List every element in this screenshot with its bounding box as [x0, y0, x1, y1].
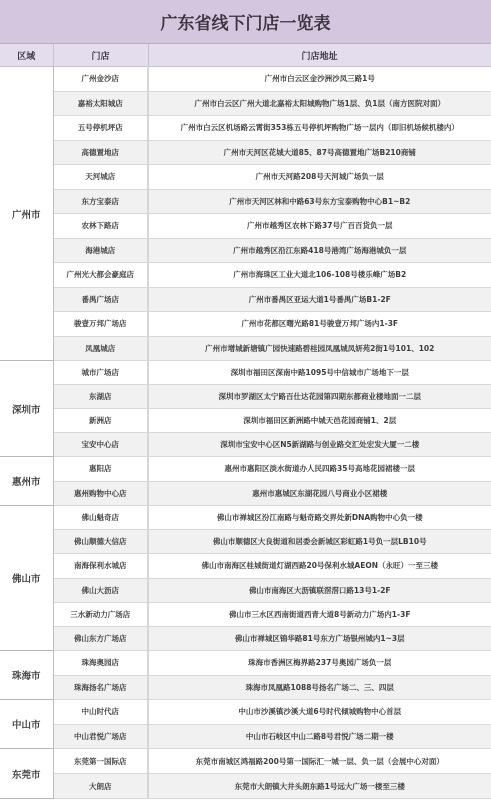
store-name-cell: 佛山魁奇店: [53, 506, 148, 530]
store-name-cell: 新洲店: [53, 409, 148, 433]
store-address-cell: 佛山市禅城区锦华路81号东方广场银州城内1~3层: [148, 626, 491, 650]
region-cell: 珠海市: [0, 651, 53, 700]
store-address-cell: 珠海市凤凰路1088号扬名广场二、三、四层: [148, 675, 491, 700]
header-store: 门店: [53, 44, 148, 67]
store-name-cell: 凤凰城店: [53, 336, 148, 361]
table-row: 海港城店广州市越秀区沿江东路418号港湾广场海港城负一层: [0, 238, 491, 263]
store-name-cell: 天河城店: [53, 165, 148, 190]
store-name-cell: 南海保利水城店: [53, 554, 148, 578]
store-name-cell: 东莞第一国际店: [53, 749, 148, 774]
store-name-cell: 佛山大沥店: [53, 578, 148, 602]
store-name-cell: 高德置地店: [53, 140, 148, 165]
store-name-cell: 五号停机坪店: [53, 116, 148, 141]
store-address-cell: 深圳市福田区新洲路中城天邑花园商铺1、2层: [148, 409, 491, 433]
store-address-cell: 佛山市三水区西南街道西青大道8号新动力广场内1-3F: [148, 602, 491, 626]
table-row: 天河城店广州市天河路208号天河城广场负一层: [0, 165, 491, 190]
store-address-cell: 东莞市南城区鸿福路200号第一国际汇一城一层、负一层（会展中心对面）: [148, 749, 491, 774]
store-address-cell: 珠海市香洲区梅界路237号奥园广场负一层: [148, 651, 491, 676]
store-name-cell: 城市广场店: [53, 361, 148, 385]
header-region: 区域: [0, 44, 53, 67]
store-name-cell: 广州光大都会豪庭店: [53, 263, 148, 288]
store-name-cell: 佛山顺德大信店: [53, 530, 148, 554]
table-row: 大朗店东莞市大朗镇大井头朗东路1号远大广场一楼至三楼: [0, 774, 491, 799]
region-cell: 惠州市: [0, 457, 53, 506]
store-name-cell: 海港城店: [53, 238, 148, 263]
store-address-cell: 广州市白云区机场路云霄街353栋五号停机坪购物广场一层内（即旧机场候机楼内）: [148, 116, 491, 141]
store-name-cell: 广州金沙店: [53, 67, 148, 92]
table-row: 广州光大都会豪庭店广州市海珠区工业大道北106-108号楼乐峰广场B2: [0, 263, 491, 288]
store-address-cell: 广州市天河区林和中路63号东方宝泰购物中心B1~B2: [148, 189, 491, 214]
store-address-cell: 广州市越秀区沿江东路418号港湾广场海港城负一层: [148, 238, 491, 263]
table-row: 新洲店深圳市福田区新洲路中城天邑花园商铺1、2层: [0, 409, 491, 433]
store-name-cell: 惠阳店: [53, 457, 148, 482]
store-name-cell: 骏壹万邦广场店: [53, 312, 148, 337]
table-row: 高德置地店广州市天河区花城大道85、87号高德置地广场B210商铺: [0, 140, 491, 165]
region-cell: 深圳市: [0, 361, 53, 457]
table-row: 中山市中山时代店中山市沙溪镇沙溪大道6号时代倾城购物中心首层: [0, 700, 491, 725]
store-name-cell: 农林下路店: [53, 214, 148, 239]
store-address-cell: 东莞市大朗镇大井头朗东路1号远大广场一楼至三楼: [148, 774, 491, 799]
store-name-cell: 珠海扬名广场店: [53, 675, 148, 700]
store-address-cell: 佛山市禅城区汾江南路与魁奇路交界处新DNA购物中心负一楼: [148, 506, 491, 530]
table-row: 三水新动力广场店佛山市三水区西南街道西青大道8号新动力广场内1-3F: [0, 602, 491, 626]
store-address-cell: 广州市白云区金沙洲沙凤三路1号: [148, 67, 491, 92]
store-name-cell: 佛山东方广场店: [53, 626, 148, 650]
store-address-cell: 佛山市南海区大沥镇联滘滘口路13号1-2F: [148, 578, 491, 602]
store-name-cell: 宝安中心店: [53, 433, 148, 457]
table-row: 中山君悦广场店中山市石岐区中山二路8号君悦广场二期一楼: [0, 724, 491, 749]
store-address-cell: 深圳市宝安中心区N5新湖路与创业路交汇处宏发大厦一二楼: [148, 433, 491, 457]
store-address-cell: 佛山市南海区桂城街道灯湖西路20号保利水城AEON（永旺）一至三楼: [148, 554, 491, 578]
page-title: 广东省线下门店一览表: [0, 0, 491, 44]
store-name-cell: 东湖店: [53, 385, 148, 409]
table-row: 佛山顺德大信店佛山市顺德区大良街道和居委会新城区彩虹路1号负一层LB10号: [0, 530, 491, 554]
store-name-cell: 大朗店: [53, 774, 148, 799]
table-row: 佛山大沥店佛山市南海区大沥镇联滘滘口路13号1-2F: [0, 578, 491, 602]
store-address-cell: 惠州市惠城区东湖花园八号商业小区裙楼: [148, 481, 491, 506]
store-address-cell: 中山市沙溪镇沙溪大道6号时代倾城购物中心首层: [148, 700, 491, 725]
region-cell: 东莞市: [0, 749, 53, 799]
table-row: 南海保利水城店佛山市南海区桂城街道灯湖西路20号保利水城AEON（永旺）一至三楼: [0, 554, 491, 578]
store-address-cell: 广州市增城新塘镇广园快速路碧桂园凤凰城凤妍苑2街1号101、102: [148, 336, 491, 361]
store-address-cell: 深圳市福田区深南中路1095号中信城市广场地下一层: [148, 361, 491, 385]
store-address-cell: 广州市白云区广州大道北嘉裕太阳城购物广场1层、负1层（南方医院对面）: [148, 91, 491, 116]
store-address-cell: 惠州市惠阳区淡水街道办人民四路35号高地花园裙楼一层: [148, 457, 491, 482]
table-row: 珠海扬名广场店珠海市凤凰路1088号扬名广场二、三、四层: [0, 675, 491, 700]
store-name-cell: 东方宝泰店: [53, 189, 148, 214]
table-row: 惠州购物中心店惠州市惠城区东湖花园八号商业小区裙楼: [0, 481, 491, 506]
table-row: 东方宝泰店广州市天河区林和中路63号东方宝泰购物中心B1~B2: [0, 189, 491, 214]
store-address-cell: 佛山市顺德区大良街道和居委会新城区彩虹路1号负一层LB10号: [148, 530, 491, 554]
store-address-cell: 广州市花都区曙光路81号骏壹万邦广场内1-3F: [148, 312, 491, 337]
store-address-cell: 广州市海珠区工业大道北106-108号楼乐峰广场B2: [148, 263, 491, 288]
table-row: 珠海市珠海奥园店珠海市香洲区梅界路237号奥园广场负一层: [0, 651, 491, 676]
table-row: 番禺广场店广州市番禺区亚运大道1号番禺广场B1-2F: [0, 287, 491, 312]
store-address-cell: 广州市天河路208号天河城广场负一层: [148, 165, 491, 190]
store-address-cell: 深圳市罗湖区太宁路百仕达花园第四期东都商业楼地面一二层: [148, 385, 491, 409]
table-body: 广州市广州金沙店广州市白云区金沙洲沙凤三路1号嘉裕太阳城店广州市白云区广州大道北…: [0, 67, 491, 799]
table-row: 东莞市东莞第一国际店东莞市南城区鸿福路200号第一国际汇一城一层、负一层（会展中…: [0, 749, 491, 774]
table-row: 骏壹万邦广场店广州市花都区曙光路81号骏壹万邦广场内1-3F: [0, 312, 491, 337]
store-name-cell: 番禺广场店: [53, 287, 148, 312]
table-row: 深圳市城市广场店深圳市福田区深南中路1095号中信城市广场地下一层: [0, 361, 491, 385]
table-row: 五号停机坪店广州市白云区机场路云霄街353栋五号停机坪购物广场一层内（即旧机场候…: [0, 116, 491, 141]
table-header-row: 区域 门店 门店地址: [0, 44, 491, 67]
table-row: 嘉裕太阳城店广州市白云区广州大道北嘉裕太阳城购物广场1层、负1层（南方医院对面）: [0, 91, 491, 116]
store-name-cell: 惠州购物中心店: [53, 481, 148, 506]
store-address-cell: 广州市番禺区亚运大道1号番禺广场B1-2F: [148, 287, 491, 312]
table-row: 广州市广州金沙店广州市白云区金沙洲沙凤三路1号: [0, 67, 491, 92]
store-name-cell: 珠海奥园店: [53, 651, 148, 676]
store-name-cell: 中山君悦广场店: [53, 724, 148, 749]
store-name-cell: 三水新动力广场店: [53, 602, 148, 626]
region-cell: 中山市: [0, 700, 53, 749]
store-table: 区域 门店 门店地址 广州市广州金沙店广州市白云区金沙洲沙凤三路1号嘉裕太阳城店…: [0, 44, 491, 799]
table-row: 农林下路店广州市越秀区农林下路37号广百百货负一层: [0, 214, 491, 239]
table-row: 东湖店深圳市罗湖区太宁路百仕达花园第四期东都商业楼地面一二层: [0, 385, 491, 409]
table-row: 佛山东方广场店佛山市禅城区锦华路81号东方广场银州城内1~3层: [0, 626, 491, 650]
table-row: 惠州市惠阳店惠州市惠阳区淡水街道办人民四路35号高地花园裙楼一层: [0, 457, 491, 482]
region-cell: 广州市: [0, 67, 53, 361]
store-name-cell: 嘉裕太阳城店: [53, 91, 148, 116]
table-row: 佛山市佛山魁奇店佛山市禅城区汾江南路与魁奇路交界处新DNA购物中心负一楼: [0, 506, 491, 530]
store-address-cell: 广州市天河区花城大道85、87号高德置地广场B210商铺: [148, 140, 491, 165]
table-row: 宝安中心店深圳市宝安中心区N5新湖路与创业路交汇处宏发大厦一二楼: [0, 433, 491, 457]
header-address: 门店地址: [148, 44, 491, 67]
store-address-cell: 中山市石岐区中山二路8号君悦广场二期一楼: [148, 724, 491, 749]
region-cell: 佛山市: [0, 506, 53, 651]
store-address-cell: 广州市越秀区农林下路37号广百百货负一层: [148, 214, 491, 239]
table-row: 凤凰城店广州市增城新塘镇广园快速路碧桂园凤凰城凤妍苑2街1号101、102: [0, 336, 491, 361]
store-name-cell: 中山时代店: [53, 700, 148, 725]
